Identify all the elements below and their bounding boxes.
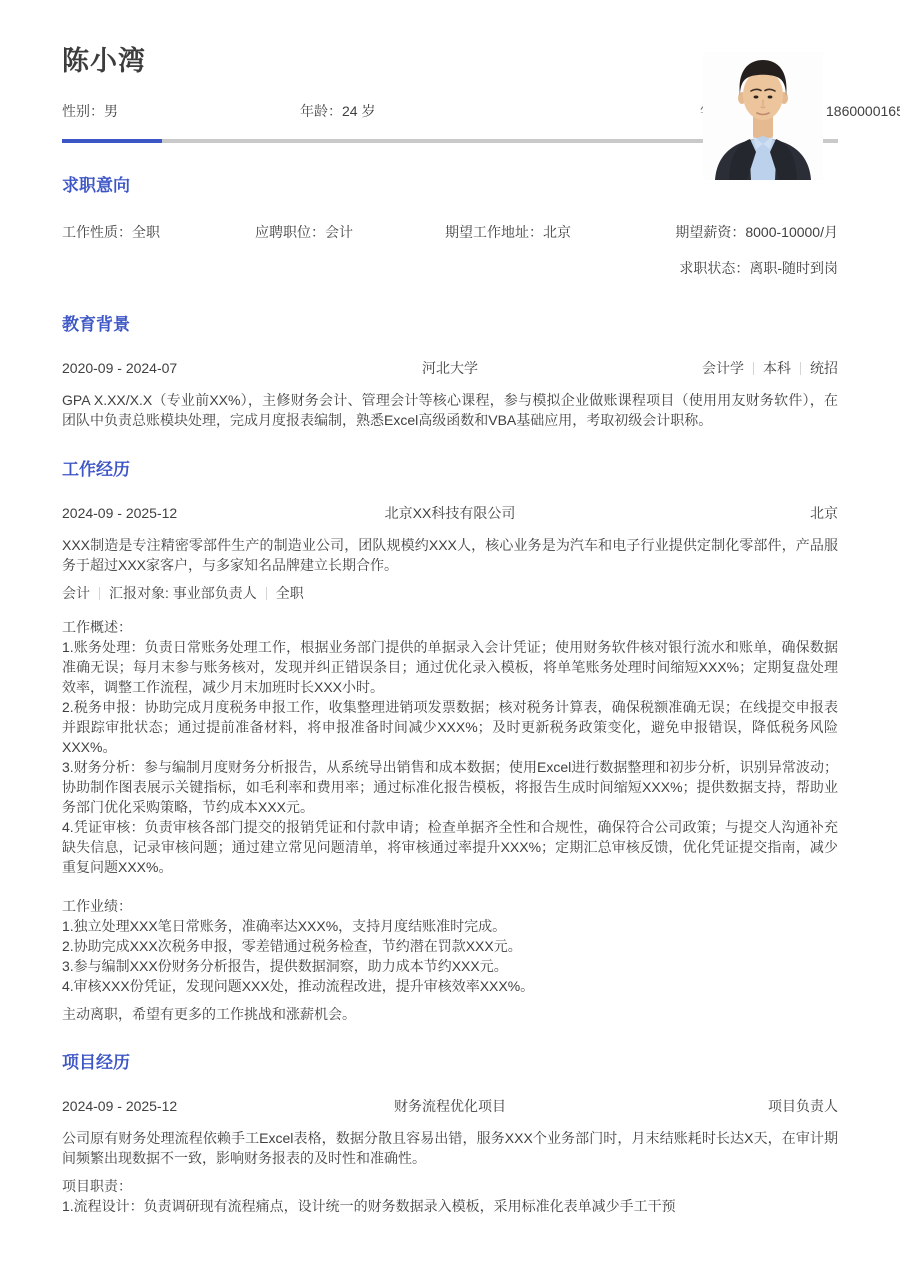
work-role: 会计 xyxy=(62,583,90,603)
separator xyxy=(753,362,754,375)
work-overview-label: 工作概述： xyxy=(62,617,838,637)
project-duty-label: 项目职责： xyxy=(62,1176,838,1196)
job-intent-row1: 工作性质：全职 应聘职位：会计 期望工作地址：北京 期望薪资：8000-1000… xyxy=(62,222,838,242)
work-achievement-item: 1.独立处理XXX笔日常账务，准确率达XXX%，支持月度结账准时完成。 xyxy=(62,916,838,936)
work-role-meta: 会计汇报对象: 事业部负责人全职 xyxy=(62,583,838,603)
project-role: 项目负责人 xyxy=(579,1096,838,1116)
work-overview-item: 2.税务申报：协助完成月度税务申报工作，收集整理进销项发票数据；核对税务计算表，… xyxy=(62,697,838,757)
education-enrollment-type: 统招 xyxy=(810,358,838,378)
section-title-work: 工作经历 xyxy=(62,460,838,480)
work-employment-type: 全职 xyxy=(276,583,304,603)
section-project-experience: 项目经历 2024-09 - 2025-12 财务流程优化项目 项目负责人 公司… xyxy=(62,1053,838,1216)
section-title-project: 项目经历 xyxy=(62,1053,838,1073)
field-job-status: 求职状态：离职-随时到岗 xyxy=(62,258,838,278)
work-achievement-item: 2.协助完成XXX次税务申报，零差错通过税务检查，节约潜在罚款XXX元。 xyxy=(62,936,838,956)
leave-reason: 主动离职，希望有更多的工作挑战和涨薪机会。 xyxy=(62,1004,838,1024)
project-period: 2024-09 - 2025-12 xyxy=(62,1096,321,1116)
education-school: 河北大学 xyxy=(321,358,580,378)
separator xyxy=(800,362,801,375)
company-intro: XXX制造是专注精密零部件生产的制造业公司，团队规模约XXX人，核心业务是为汽车… xyxy=(62,535,838,575)
project-entry-head: 2024-09 - 2025-12 财务流程优化项目 项目负责人 xyxy=(62,1096,838,1116)
work-overview-item: 4.凭证审核：负责审核各部门提交的报销凭证和付款申请；检查单据齐全性和合规性，确… xyxy=(62,817,838,877)
field-expected-salary: 期望薪资：8000-10000/月 xyxy=(660,222,838,242)
profile-photo xyxy=(703,52,823,180)
work-location: 北京 xyxy=(579,503,838,523)
job-intent-row2: 求职状态：离职-随时到岗 xyxy=(62,258,838,278)
project-duty-item: 1.流程设计：负责调研现有流程痛点，设计统一的财务数据录入模板，采用标准化表单减… xyxy=(62,1196,838,1216)
section-work-experience: 工作经历 2024-09 - 2025-12 北京XX科技有限公司 北京 XXX… xyxy=(62,460,838,1024)
work-overview-item: 3.财务分析：参与编制月度财务分析报告，从系统导出销售和成本数据；使用Excel… xyxy=(62,757,838,817)
divider-accent-segment xyxy=(62,139,162,143)
education-meta: 会计学本科统招 xyxy=(579,358,838,378)
work-overview-item: 1.账务处理：负责日常账务处理工作，根据业务部门提供的单据录入会计凭证；使用财务… xyxy=(62,637,838,697)
work-achievement-block: 工作业绩： 1.独立处理XXX笔日常账务，准确率达XXX%，支持月度结账准时完成… xyxy=(62,896,838,996)
info-age: 年龄：24 岁 xyxy=(300,101,700,121)
section-education: 教育背景 2020-09 - 2024-07 河北大学 会计学本科统招 GPA … xyxy=(62,315,838,430)
work-achievement-label: 工作业绩： xyxy=(62,896,838,916)
work-period: 2024-09 - 2025-12 xyxy=(62,503,321,523)
field-target-position: 应聘职位：会计 xyxy=(255,222,445,242)
work-achievement-item: 4.审核XXX份凭证，发现问题XXX处，推动流程改进，提升审核效率XXX%。 xyxy=(62,976,838,996)
field-target-city: 期望工作地址：北京 xyxy=(445,222,660,242)
education-period: 2020-09 - 2024-07 xyxy=(62,358,321,378)
section-job-intent: 求职意向 工作性质：全职 应聘职位：会计 期望工作地址：北京 期望薪资：8000… xyxy=(62,176,838,278)
work-overview-block: 工作概述： 1.账务处理：负责日常账务处理工作，根据业务部门提供的单据录入会计凭… xyxy=(62,617,838,877)
separator xyxy=(266,587,267,600)
section-title-education: 教育背景 xyxy=(62,315,838,335)
field-job-type: 工作性质：全职 xyxy=(62,222,255,242)
project-background: 公司原有财务处理流程依赖手工Excel表格，数据分散且容易出错，服务XXX个业务… xyxy=(62,1128,838,1168)
work-entry-head: 2024-09 - 2025-12 北京XX科技有限公司 北京 xyxy=(62,503,838,523)
education-major: 会计学 xyxy=(702,358,744,378)
resume-page: 陈小湾 性别：男 年龄：24 岁 学历：本科 手机号：18600001654 邮… xyxy=(0,0,900,1216)
work-company: 北京XX科技有限公司 xyxy=(321,503,580,523)
project-name: 财务流程优化项目 xyxy=(321,1096,580,1116)
info-gender: 性别：男 xyxy=(62,101,300,121)
education-description: GPA X.XX/X.X（专业前XX%），主修财务会计、管理会计等核心课程，参与… xyxy=(62,390,838,430)
project-duty-block: 项目职责： 1.流程设计：负责调研现有流程痛点，设计统一的财务数据录入模板，采用… xyxy=(62,1176,838,1216)
work-report-to: 汇报对象: 事业部负责人 xyxy=(109,583,257,603)
portrait-illustration xyxy=(703,52,823,180)
separator xyxy=(99,587,100,600)
work-achievement-item: 3.参与编制XXX份财务分析报告，提供数据洞察，助力成本节约XXX元。 xyxy=(62,956,838,976)
education-degree: 本科 xyxy=(763,358,791,378)
education-entry-head: 2020-09 - 2024-07 河北大学 会计学本科统招 xyxy=(62,358,838,378)
